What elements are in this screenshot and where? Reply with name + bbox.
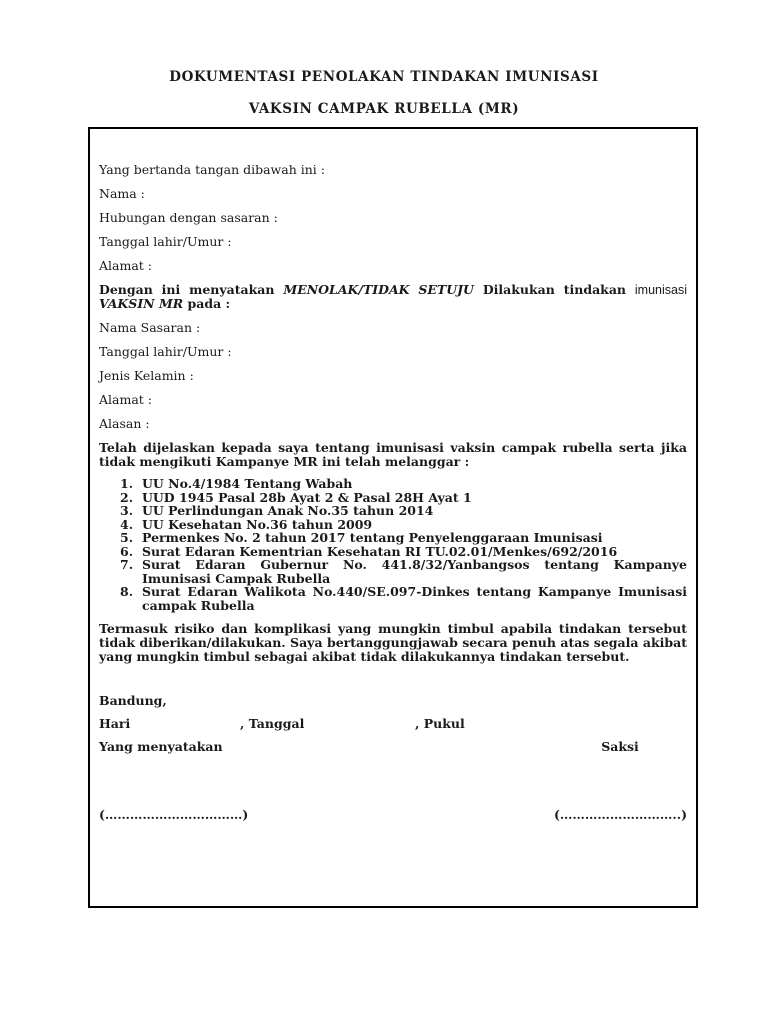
- regulation-text: UU No.4/1984 Tentang Wabah: [142, 477, 687, 491]
- regulation-number: 4.: [120, 518, 142, 532]
- regulation-number: 3.: [120, 504, 142, 518]
- regulation-text: UUD 1945 Pasal 28b Ayat 2 & Pasal 28H Ay…: [142, 491, 687, 505]
- field-target-address: Alamat :: [99, 393, 687, 407]
- regulation-text: Permenkes No. 2 tahun 2017 tentang Penye…: [142, 531, 687, 545]
- regulation-item: 3. UU Perlindungan Anak No.35 tahun 2014: [120, 504, 687, 518]
- regulation-item: 4. UU Kesehatan No.36 tahun 2009: [120, 518, 687, 532]
- regulation-number: 8.: [120, 585, 142, 612]
- signature-labels-row: Yang menyatakan Saksi: [99, 740, 687, 754]
- regulation-text: Surat Edaran Kementrian Kesehatan RI TU.…: [142, 545, 687, 559]
- regulation-item: 7. Surat Edaran Gubernur No. 441.8/32/Ya…: [120, 558, 687, 585]
- refusal-statement: Dengan ini menyatakan MENOLAK/TIDAK SETU…: [99, 283, 687, 311]
- time-label: , Pukul: [415, 716, 465, 731]
- regulation-number: 2.: [120, 491, 142, 505]
- form-box: Yang bertanda tangan dibawah ini : Nama …: [88, 127, 698, 908]
- field-declarant-address: Alamat :: [99, 259, 687, 273]
- field-target-name: Nama Sasaran :: [99, 321, 687, 335]
- field-target-reason: Alasan :: [99, 417, 687, 431]
- regulation-number: 1.: [120, 477, 142, 491]
- date-label: , Tanggal: [240, 717, 415, 731]
- statement-middle: Dilakukan tindakan: [483, 282, 626, 297]
- regulation-number: 5.: [120, 531, 142, 545]
- witness-signature-label: Saksi: [553, 740, 687, 754]
- declarant-signature-line: (……………………………): [99, 808, 248, 822]
- field-declarant-name: Nama :: [99, 187, 687, 201]
- statement-plain-word: imunisasi: [635, 283, 687, 297]
- risk-paragraph: Termasuk risiko dan komplikasi yang mung…: [99, 622, 687, 664]
- witness-signature-line: (………………………..): [554, 808, 687, 822]
- field-target-gender: Jenis Kelamin :: [99, 369, 687, 383]
- statement-tail: pada :: [188, 296, 231, 311]
- regulation-item: 5. Permenkes No. 2 tahun 2017 tentang Pe…: [120, 531, 687, 545]
- regulation-text: Surat Edaran Gubernur No. 441.8/32/Yanba…: [142, 558, 687, 585]
- regulation-text: UU Kesehatan No.36 tahun 2009: [142, 518, 687, 532]
- day-label: Hari: [99, 717, 240, 731]
- signature-lines-row: (……………………………) (………………………..): [99, 808, 687, 822]
- city-line: Bandung,: [99, 694, 687, 708]
- field-declarant-relation: Hubungan dengan sasaran :: [99, 211, 687, 225]
- regulation-item: 8. Surat Edaran Walikota No.440/SE.097-D…: [120, 585, 687, 612]
- regulation-item: 6. Surat Edaran Kementrian Kesehatan RI …: [120, 545, 687, 559]
- field-declarant-birthdate: Tanggal lahir/Umur :: [99, 235, 687, 249]
- document-page: DOKUMENTASI PENOLAKAN TINDAKAN IMUNISASI…: [0, 0, 768, 1024]
- opening-line: Yang bertanda tangan dibawah ini :: [99, 163, 687, 177]
- declarant-signature-label: Yang menyatakan: [99, 740, 223, 754]
- regulation-number: 7.: [120, 558, 142, 585]
- statement-lead: Dengan ini menyatakan: [99, 282, 274, 297]
- explanation-paragraph: Telah dijelaskan kepada saya tentang imu…: [99, 441, 687, 469]
- document-title: DOKUMENTASI PENOLAKAN TINDAKAN IMUNISASI: [0, 70, 768, 84]
- regulation-item: 2. UUD 1945 Pasal 28b Ayat 2 & Pasal 28H…: [120, 491, 687, 505]
- vaccine-emphasis: VAKSIN MR: [99, 296, 183, 311]
- refusal-emphasis: MENOLAK/TIDAK SETUJU: [283, 282, 474, 297]
- regulation-item: 1. UU No.4/1984 Tentang Wabah: [120, 477, 687, 491]
- regulation-text: UU Perlindungan Anak No.35 tahun 2014: [142, 504, 687, 518]
- regulations-list: 1. UU No.4/1984 Tentang Wabah 2. UUD 194…: [120, 477, 687, 612]
- regulation-number: 6.: [120, 545, 142, 559]
- datetime-line: Hari, Tanggal, Pukul: [99, 717, 687, 731]
- document-subtitle: VAKSIN CAMPAK RUBELLA (MR): [0, 102, 768, 116]
- regulation-text: Surat Edaran Walikota No.440/SE.097-Dink…: [142, 585, 687, 612]
- field-target-birthdate: Tanggal lahir/Umur :: [99, 345, 687, 359]
